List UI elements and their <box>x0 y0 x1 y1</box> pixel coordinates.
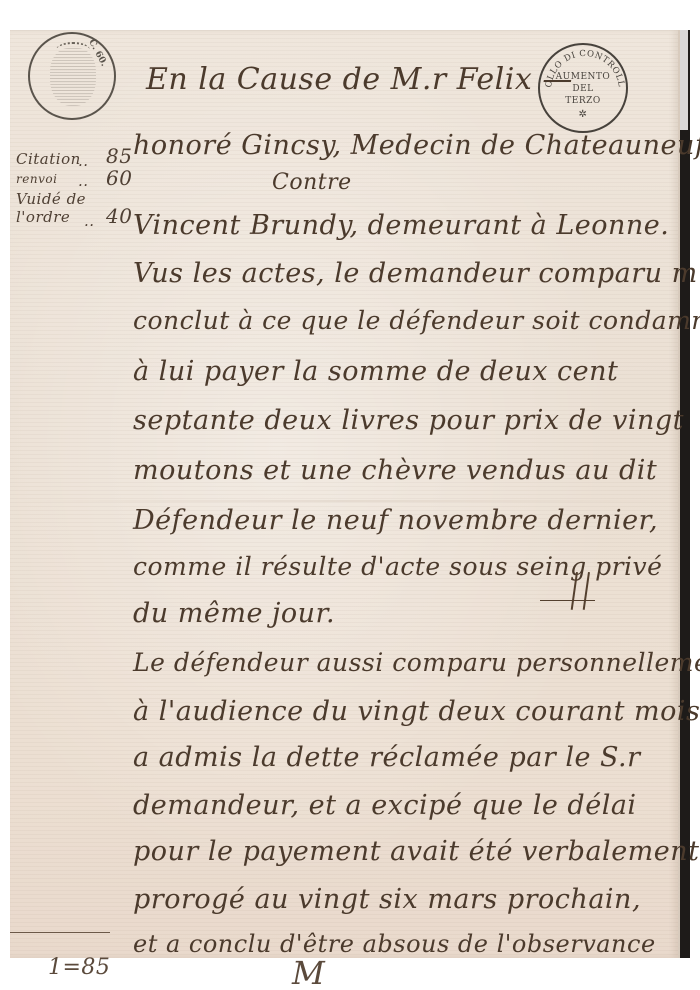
body-line: honoré Gincsy, Medecin de Chateauneuf <box>133 130 700 161</box>
margin-fee-label: renvoi <box>16 172 57 186</box>
line-filler-stroke <box>540 600 595 601</box>
coat-of-arms-icon <box>50 48 96 106</box>
signature-mark: M <box>292 954 325 990</box>
body-line: conclut à ce que le défendeur soit conda… <box>133 306 700 335</box>
body-line: à lui payer la somme de deux cent <box>133 356 618 387</box>
margin-fee-separator: .. <box>78 152 89 170</box>
body-line: comme il résulte d'acte sous seing privé <box>133 552 662 581</box>
margin-fee-amount: 40 <box>106 204 132 228</box>
paper-fold <box>10 500 678 502</box>
body-line: septante deux livres pour prix de vingt <box>133 405 684 436</box>
body-line: Le défendeur aussi comparu personnelleme… <box>133 648 700 677</box>
margin-fee-separator: .. <box>78 172 89 190</box>
body-line: et a conclu d'être absous de l'observanc… <box>133 930 656 958</box>
body-line: à l'audience du vingt deux courant mois, <box>133 696 700 727</box>
body-line: Vincent Brundy, demeurant à Leonne. <box>133 210 669 241</box>
rosette-icon: ✲ <box>540 109 626 121</box>
margin-fee-amount: 60 <box>106 166 132 190</box>
body-line: Vus les actes, le demandeur comparu m.t <box>133 258 700 289</box>
margin-fee-label: Citation <box>16 150 81 168</box>
body-line: pour le payement avait été verbalement <box>133 836 700 867</box>
body-line: demandeur, et a excipé que le délai <box>133 790 637 821</box>
margin-fee-label: l'ordre <box>16 208 70 226</box>
margin-total: 1=85 <box>48 955 110 980</box>
body-line: du même jour. <box>133 598 335 629</box>
revenue-stamp-left: C. 60. <box>28 32 116 120</box>
body-line: a admis la dette réclamée par le S.r <box>133 742 641 773</box>
margin-fee-separator: .. <box>84 212 95 230</box>
body-line: Contre <box>272 170 352 195</box>
body-line: En la Cause de M.r Felix — <box>146 62 573 97</box>
body-line: moutons et une chèvre vendus au dit <box>133 455 657 486</box>
margin-fee-label: Vuidé de <box>16 190 86 208</box>
body-line: prorogé au vingt six mars prochain, <box>133 884 641 915</box>
margin-fee-amount: 85 <box>106 144 132 168</box>
margin-rule <box>10 932 110 933</box>
scanned-document-view: C. 60. BOLLO DI CONTROLLO AUMENTO DEL TE… <box>0 0 700 990</box>
body-line: Défendeur le neuf novembre dernier, <box>133 505 658 536</box>
